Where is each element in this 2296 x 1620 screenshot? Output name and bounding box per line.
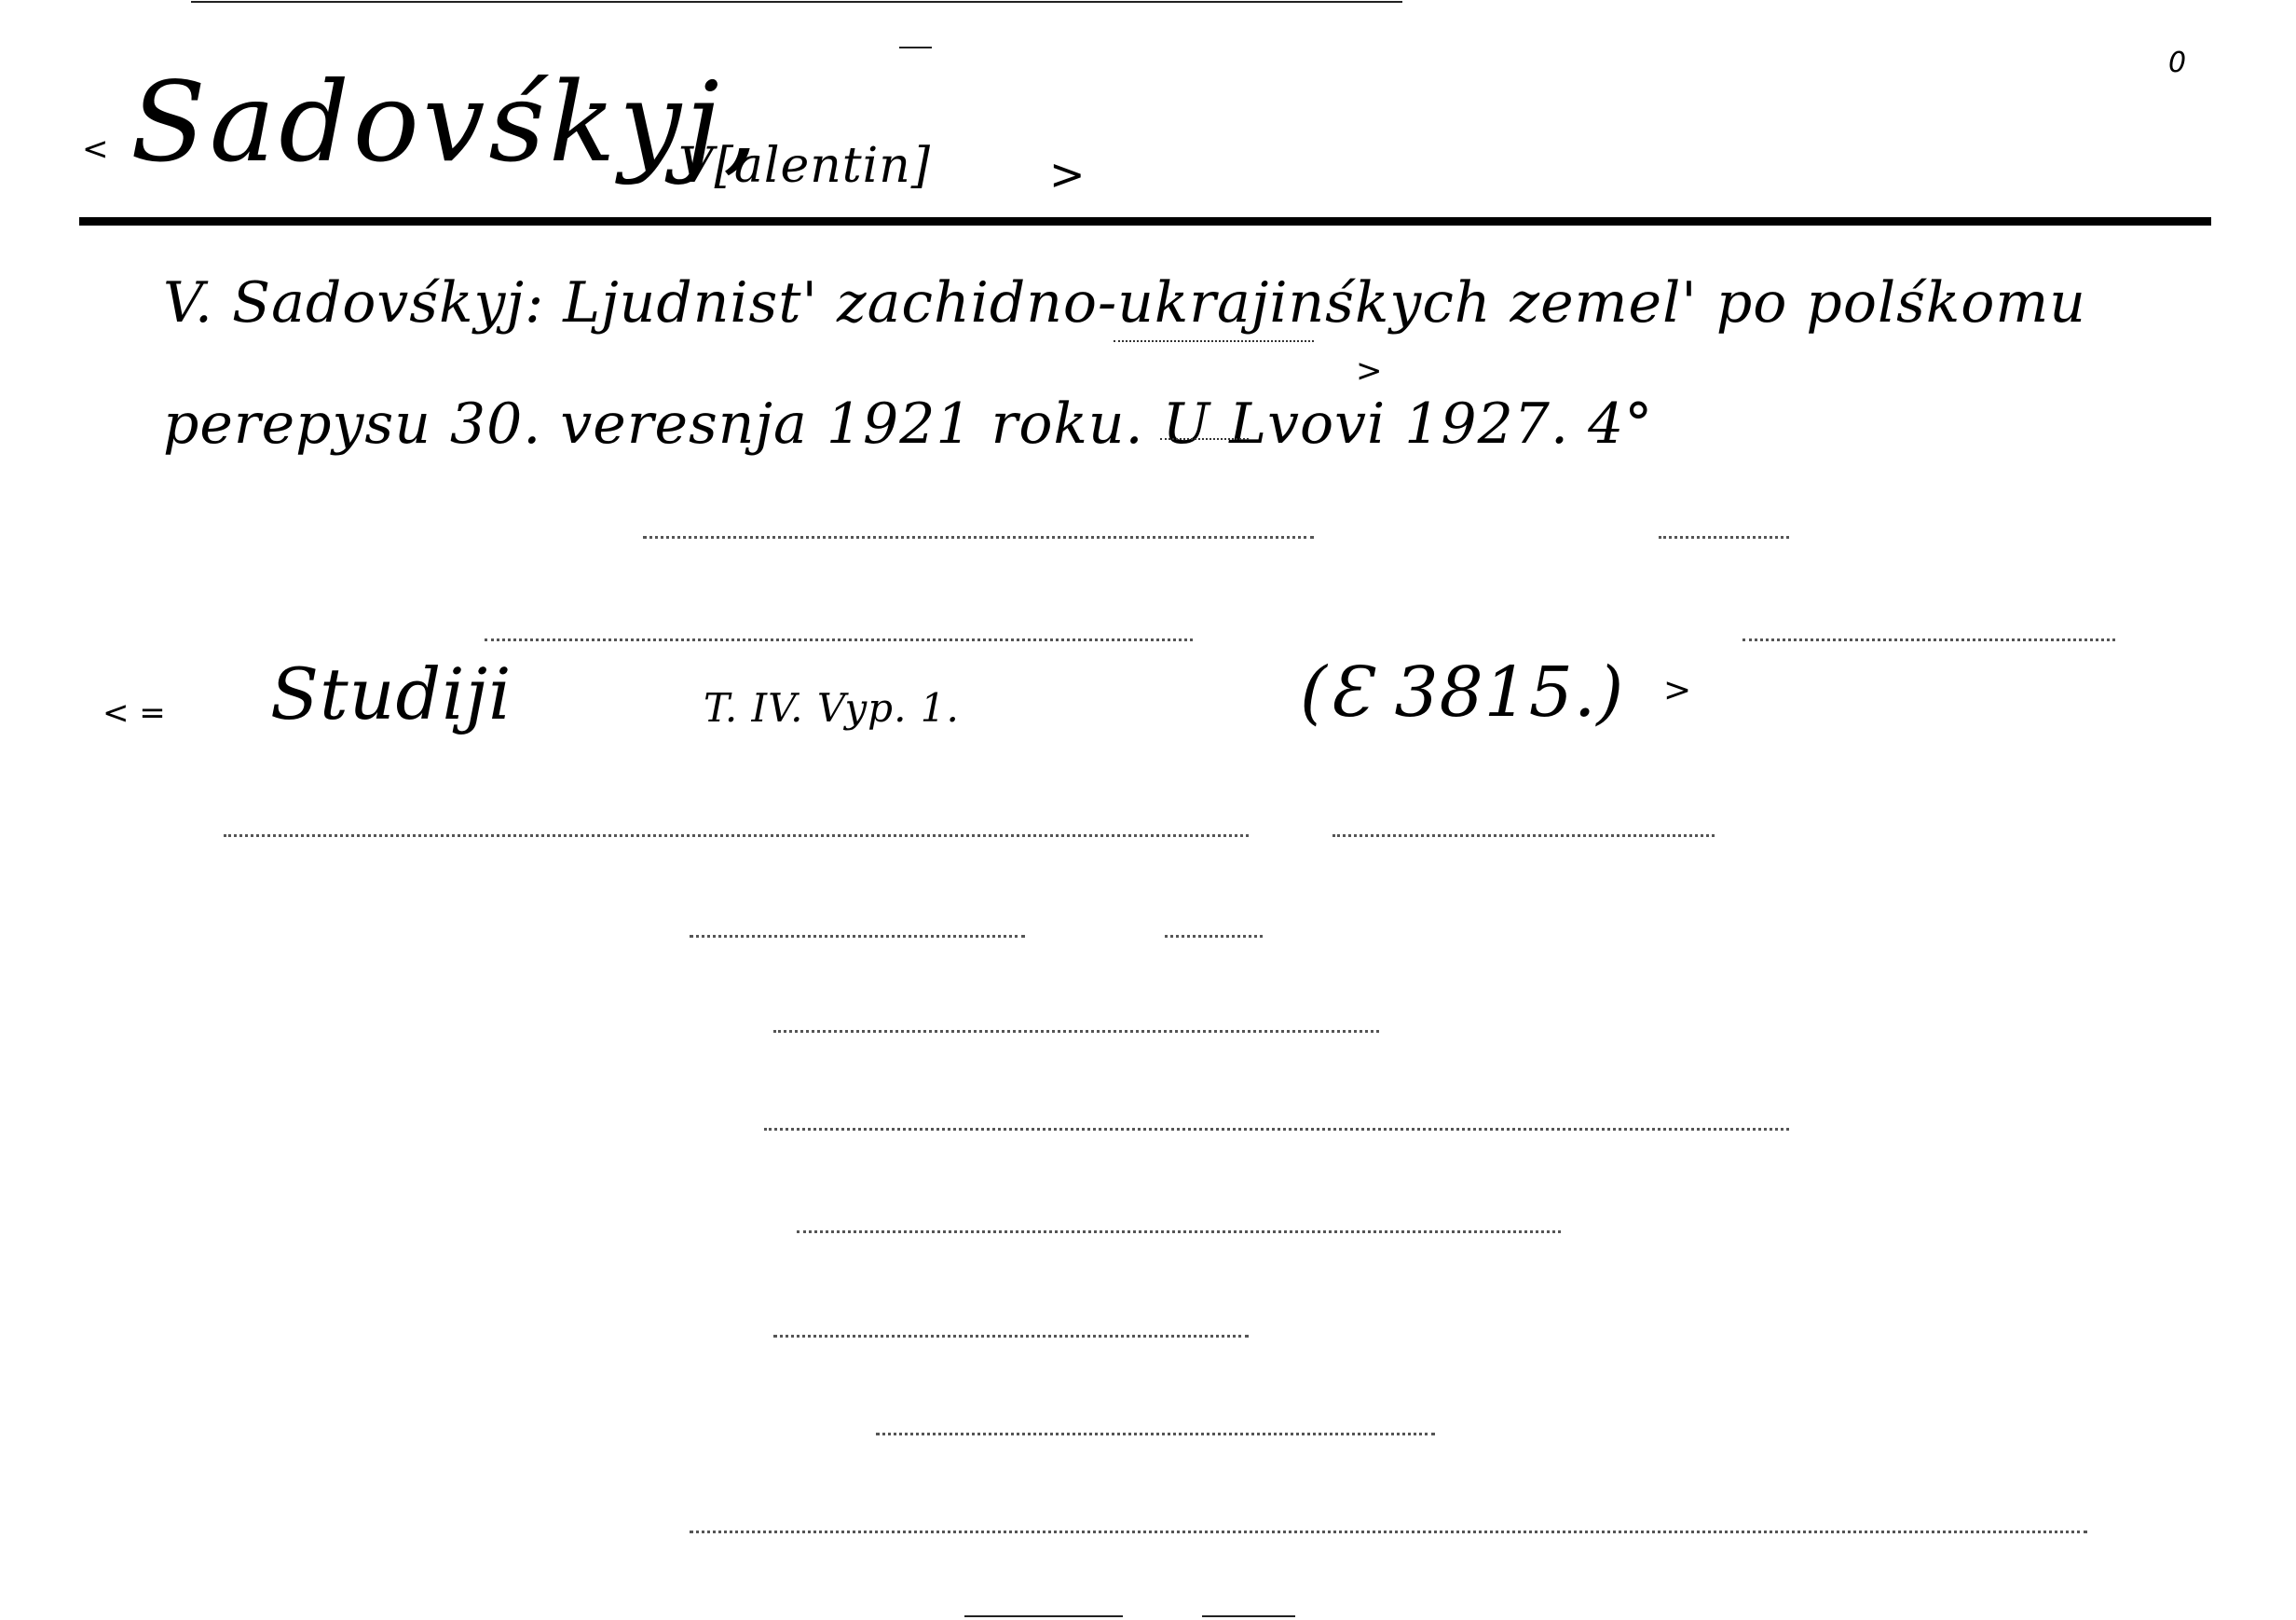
ruling-row: [1742, 638, 2115, 641]
heading-rule: [79, 217, 2211, 226]
ruling-row: [224, 834, 1249, 837]
ruling-row: [797, 1230, 1561, 1233]
ruling-row: [690, 1531, 2087, 1533]
heading-open-mark: <: [82, 130, 109, 168]
ruling-row: [690, 935, 1025, 938]
underline-u-lvovi: [1160, 438, 1249, 440]
ruling-row: [773, 1030, 1379, 1033]
top-edge-rule: [191, 1, 1402, 3]
series-close-mark: >: [1663, 671, 1691, 709]
top-edge-rule-short: [899, 47, 932, 48]
description-line-2: perepysu 30. veresnja 1921 roku. U Lvovi…: [163, 391, 1653, 457]
description-insert-mark: >: [1356, 352, 1383, 390]
heading-surname: Sadovśkyj,: [130, 58, 761, 186]
bottom-edge-rule: [964, 1615, 1123, 1617]
ruling-row: [764, 1128, 1789, 1131]
heading-given-name: V[alentin]: [678, 138, 931, 194]
bottom-edge-rule: [1202, 1615, 1295, 1617]
ruling-row: [1659, 536, 1789, 539]
ruling-row: [876, 1433, 1435, 1435]
catalog-card: 0 < Sadovśkyj, V[alentin] > V. Sadovśkyj…: [0, 0, 2296, 1620]
series-volume: T. IV. Vyp. 1.: [704, 685, 960, 731]
corner-mark: 0: [2168, 47, 2186, 79]
ruling-row: [1332, 834, 1715, 837]
description-line-1: V. Sadovśkyj: Ljudnist' zachidno-ukrajin…: [163, 270, 2086, 336]
ruling-row: [773, 1335, 1249, 1338]
ruling-row: [643, 536, 1314, 539]
heading-close-mark: >: [1049, 149, 1086, 199]
series-shelfmark: (Ɛ 3815.): [1300, 652, 1624, 733]
underline-ukrajinskych: [1114, 340, 1314, 342]
series-title: Studiji: [270, 652, 512, 735]
ruling-row: [1165, 935, 1263, 938]
ruling-row: [485, 638, 1193, 641]
series-open-mark: < =: [102, 694, 166, 732]
